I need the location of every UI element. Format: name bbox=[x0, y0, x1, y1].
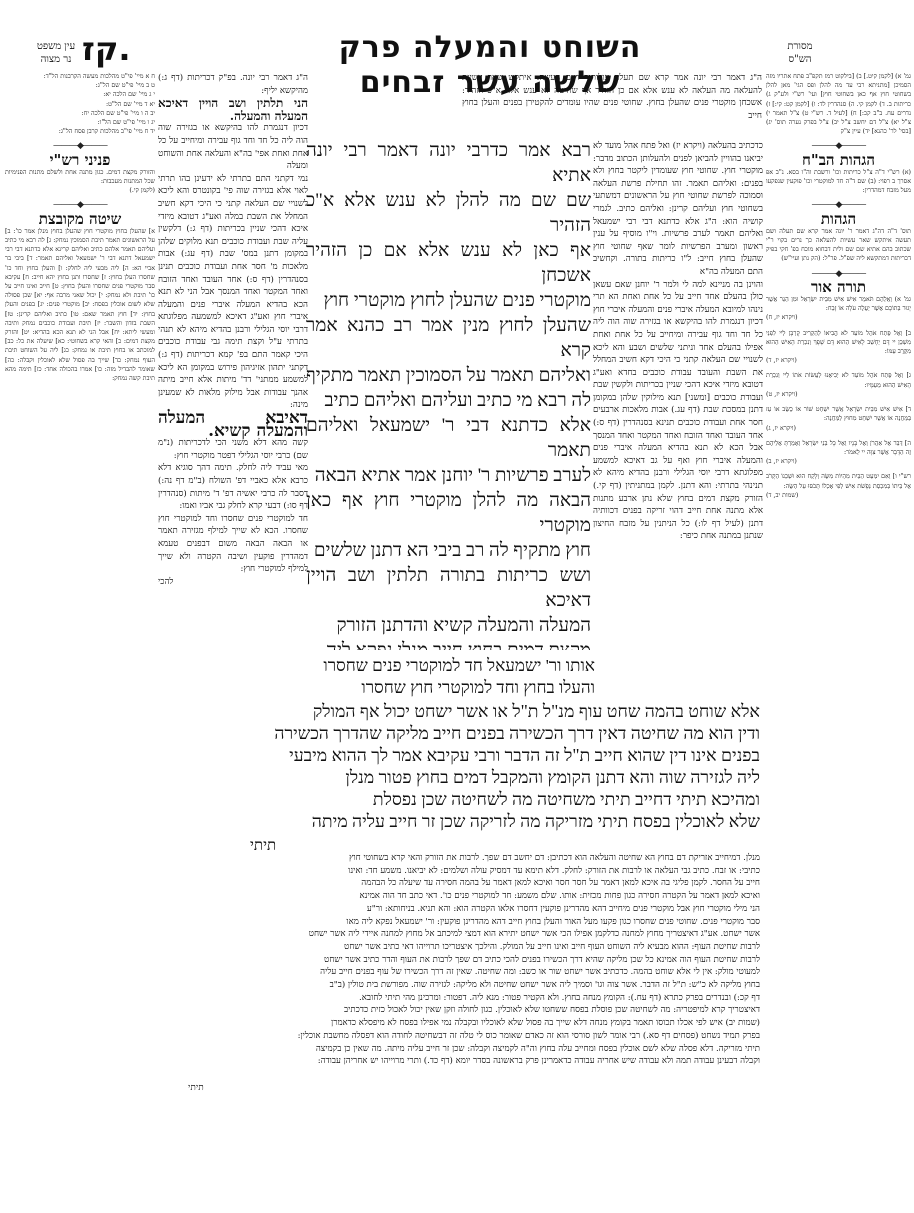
torah-or-title: תורה אור bbox=[766, 283, 911, 292]
gemara-line: הבאה מה להלן מוקטרי חוץ אף כאן מוקטרי bbox=[306, 488, 591, 538]
gemara-line: בפנים אינו דין שהוא חייב ת"ל זה הדבר ורב… bbox=[160, 744, 760, 766]
tosafot-line: חד למוקטרי פנים שחסרו וחד למוקטרי חוץ שח… bbox=[158, 513, 308, 576]
rashi-bottom-line: לרבות שחיטת העוף: ההוא מבעיא ליה השוחט ה… bbox=[160, 941, 760, 954]
right-margin: גמ' א) [לקמן קיט.] ב) [בילקוט רמז תקפ"ב … bbox=[766, 72, 911, 902]
torah-or-verse: רש"י ו] וְאִם יִמְעַט הַבַּיִת מִהְיוֹת … bbox=[766, 472, 911, 500]
gemara-line: שם שם מה להלן לא ענש אלא א"כ הזהיר bbox=[306, 188, 591, 238]
rashi-bottom-line: דף קכ:) ובנדרים בפרק כתרא (דף עח.): הקומ… bbox=[160, 992, 760, 1005]
ein-mishpat-label: עין משפט נר מצוה bbox=[26, 40, 86, 66]
hagahot-habach-text: (א) רש"י ד"ה צ"ל כריתות וכו' ורשבת וה"ו … bbox=[766, 168, 911, 196]
rashi-bottom-line: ואיכא למאן דאמר על הקטרה חסירה כגון פחות… bbox=[160, 890, 760, 903]
pninei-rashi-title: פניני רש"י bbox=[5, 156, 155, 165]
rashi-bottom-line: בחוץ מליקה לא כ"ש: ת"ל זה הדבר. אשר צוה … bbox=[160, 979, 760, 992]
gemara-line: ושש כריתות בתורה תלתין ושב הויין דאיכא bbox=[306, 563, 591, 613]
hagahot-title: הגהות bbox=[766, 215, 911, 224]
tosafot-text: ה"ג דאמר רבי יונה. בפ"ק דכריתות (דף ג:) … bbox=[158, 73, 308, 96]
torah-or-verse: גמ' א) וַאֲלֵהֶם תֹּאמַר אִישׁ אִישׁ מִב… bbox=[766, 295, 911, 323]
verse-ref: (ויקרא יז, ד) bbox=[766, 356, 911, 365]
tosafot-column: ה"ג דאמר רבי יונה. בפ"ק דכריתות (דף ג:) … bbox=[158, 72, 308, 652]
rashi-bottom-line: דאיצטריך קרא למיפטריה: מה לשחיטה שכן פוס… bbox=[160, 1004, 760, 1017]
gemara-line: לערב פרשיות ר' יוחנן אמר אתיא הבאה bbox=[306, 463, 591, 488]
masoret-hashas-label: מסורת הש"ס bbox=[770, 40, 830, 66]
tosafot-line: קשה מהא דלא משני הכי לדכריתות (נ"מ שם) כ… bbox=[158, 437, 308, 462]
rashi-intro: ה"ג דאמר רבי יונה אמר קרא שם תעלה עולותי… bbox=[462, 72, 762, 136]
gemara-line: המעלה והמעלה קשיא והדתנן הזורק bbox=[306, 613, 591, 638]
torah-or-verse: ג] וְאֶל פֶּתַח אֹהֶל מוֹעֵד לֹא יְבִיאֶ… bbox=[766, 371, 911, 399]
tosafot-line: נמי דקתני התם בתרתי לא ידעינן בהו תרתי ל… bbox=[158, 173, 308, 412]
masoret-label-line2: הש"ס bbox=[770, 53, 830, 66]
torah-or-verse: ה] דַּבֵּר אֶל אַהֲרֹן וְאֶל בָּנָיו וְא… bbox=[766, 439, 911, 467]
torah-or-verse: ב] וְאֶל פֶּתַח אֹהֶל מוֹעֵד לֹא הֱבִיאו… bbox=[766, 329, 911, 366]
rashi-bottom-line: מנלן. דמיחייב אזריקת דם בחוץ הא שחיטה וה… bbox=[160, 852, 760, 865]
ein-mishpat-entry: יב ה ו מיי' פי"ט שם הלכה יח: bbox=[5, 109, 155, 118]
gemara-line: שהעלן לחוץ מנין אמר רב כהנא אמר קרא bbox=[306, 313, 591, 363]
torah-or-verse: ד] אִישׁ אִישׁ מִבֵּית יִשְׂרָאֵל אֲשֶׁר… bbox=[766, 405, 911, 433]
rashi-bottom-line: בפרק תמיד נשחט (פסחים דף סא.) רבי אומר ל… bbox=[160, 1030, 760, 1043]
tosafot-catchword: להכי bbox=[158, 576, 308, 589]
masoret-label-line1: מסורת bbox=[770, 40, 830, 53]
verse-text: ב] וְאֶל פֶּתַח אֹהֶל מוֹעֵד לֹא הֱבִיאו… bbox=[766, 329, 911, 357]
verse-text: גמ' א) וַאֲלֵהֶם תֹּאמַר אִישׁ אִישׁ מִב… bbox=[766, 295, 911, 313]
ein-mishpat-entry: ח א מיי' פי"ט מהלכות מעשה הקרבנות הל"ד: bbox=[5, 72, 155, 81]
hagahot-text: תוס' ד"ה דה"ג דאמר ר' יונה אמר קרא שם תע… bbox=[766, 227, 911, 264]
gemara-line: חוץ מתקיף לה רב ביבי הא דתנן שלשים bbox=[306, 538, 591, 563]
verse-ref: (ויקרא יז, ג) bbox=[766, 424, 911, 433]
gemara-line: לה רבא מי כתיב ועליהם ואליהם כתיב bbox=[306, 388, 591, 413]
gemara-line: מקצת דמים בחוץ חייב מנלן נפקא ליה bbox=[306, 638, 591, 650]
tosafot-line: מאי עביד ליה לחלק. תימה דהך סוגיא דלא כר… bbox=[158, 462, 308, 512]
ein-mishpat-list: ח א מיי' פי"ט מהלכות מעשה הקרבנות הל"ד: … bbox=[5, 72, 155, 136]
gemara-line: שלא לאוכלין בפסח תיתי מזריקה מה לזריקה ש… bbox=[160, 810, 760, 832]
tosafot-line: ה"ג דאמר רבי יונה. בפ"ק דכריתות (דף ג:) … bbox=[158, 72, 308, 97]
shita-mekubetzet-text: א] שהעלן בחוץ מוקטרי חוץ שהעלן בחוץ מנלן… bbox=[5, 227, 155, 383]
rashi-catchword: תיתי bbox=[188, 1082, 204, 1093]
verse-ref: (שמות יב, ד) bbox=[766, 491, 911, 500]
rashi-bottom-line: הני מילי מוקטרי חוץ אבל מוקטרי פנים מיחי… bbox=[160, 903, 760, 916]
gemara-line: והעלו בחוץ וחד למוקטרי חוץ שחסרו bbox=[160, 677, 595, 699]
rashi-text: והוינן בה מניינא למה לי ולמר ר' יוחנן שא… bbox=[593, 279, 763, 543]
gemara-main-block: רבא אמר כדרבי יונה דאמר רבי יונה אתיא שם… bbox=[306, 138, 591, 650]
gemara-line: אלא כדתנא דבי ר' ישמעאל ואליהם תאמר bbox=[306, 413, 591, 463]
rashi-bottom-line: תיתי מזריקה. דלא פסלה שלא לשם אוכלין בפס… bbox=[160, 1043, 760, 1056]
rashi-bottom-line: לרבות שחיטת העוף הוה אמינא כל שכן מליקה … bbox=[160, 954, 760, 967]
pninei-rashi-text: והזורק מקצת דמים. כגון מתנה אחת ולשלם מת… bbox=[5, 168, 155, 186]
verse-ref: (ויקרא יז, ח) bbox=[766, 313, 911, 322]
pninei-rashi-ref: (לקמן קי.) bbox=[5, 186, 155, 195]
gemara-line: רבא אמר כדרבי יונה דאמר רבי יונה אתיא bbox=[306, 138, 591, 188]
left-margin: ח א מיי' פי"ט מהלכות מעשה הקרבנות הל"ד: … bbox=[5, 72, 155, 692]
rashi-bottom-line: (שמות יב) איש לפי אכלו תכוסו תאמר בקומץ … bbox=[160, 1017, 760, 1030]
gemara-line: אף כאן לא ענש אלא אם כן הזהיר אשכחן bbox=[306, 238, 591, 288]
verse-ref: (ויקרא יז, ט) bbox=[766, 390, 911, 399]
gemara-line: ואליהם תאמר על הסמוכין תאמר מתקיף bbox=[306, 363, 591, 388]
ein-mishpat-entry: י ג מיי' שם הלכה יא: bbox=[5, 90, 155, 99]
ein-mishpat-entry: יד ח מיי' פי"ב מהלכות קרבן פסח הל"ג: bbox=[5, 127, 155, 136]
shita-mekubetzet-title: שיטה מקובצת bbox=[5, 215, 155, 224]
verse-text: ד] אִישׁ אִישׁ מִבֵּית יִשְׂרָאֵל אֲשֶׁר… bbox=[766, 405, 911, 423]
rashi-bottom-line: וקבלה דבעינן עבודה תמה ולא עבודה שיש אחר… bbox=[160, 1055, 760, 1068]
gemara-line: אותו ור' ישמעאל חד למוקטרי פנים שחסרו bbox=[160, 655, 595, 677]
rashi-text: כדכתיב בהעלאה (ויקרא יז) ואל פתח אהל מוע… bbox=[593, 140, 763, 279]
verse-ref: (ויקרא יז, ב) bbox=[766, 457, 911, 466]
tosafot-dibbur-hamatchil: דאיבא המעלה והמעלה קשיא. bbox=[158, 412, 308, 437]
rashi-bottom-block: מנלן. דמיחייב אזריקת דם בחוץ הא שחיטה וה… bbox=[160, 852, 760, 1082]
ein-mishpat-entry: ט ב מיי' פי"ט שם הל"ג: bbox=[5, 81, 155, 90]
rashi-column: כדכתיב בהעלאה (ויקרא יז) ואל פתח אהל מוע… bbox=[593, 140, 763, 652]
ein-mishpat-entry: יג ו מיי' פי"ט שם הל"ו: bbox=[5, 118, 155, 127]
hagahot-habach-title: הגהות הב"ח bbox=[766, 156, 911, 165]
gemara-line: ליה לגזירה שוה והא דתנן הקומץ והמקבל דמי… bbox=[160, 766, 760, 788]
rashi-bottom-line: חייב על החסר. לקמן פליגי בה איכא למאן דא… bbox=[160, 877, 760, 890]
rashi-bottom-line: אשר ישחט. אע"ג דאיצטריך מחוץ למחנה כדלקמ… bbox=[160, 928, 760, 941]
ein-mishpat-label-line2: נר מצוה bbox=[26, 53, 86, 66]
ein-mishpat-label-line1: עין משפט bbox=[26, 40, 86, 53]
verse-text: ג] וְאֶל פֶּתַח אֹהֶל מוֹעֵד לֹא יְבִיאֶ… bbox=[766, 371, 911, 389]
verse-text: רש"י ו] וְאִם יִמְעַט הַבַּיִת מִהְיוֹת … bbox=[766, 472, 911, 490]
rashi-bottom-line: סבר מוקטרי פנים. שחוטי פנים שחסרו כגון פ… bbox=[160, 916, 760, 929]
gemara-line: ומהיכא תיתי דחייב תיתי משחיטה מה לשחיטה … bbox=[160, 788, 760, 810]
rashi-bottom-line: כתיבי: או זבח. כתיב גבי העלאה או לרבות א… bbox=[160, 865, 760, 878]
tosafot-line: דכיון דנגמרת להו בהיקשא או בגזירה שוה הו… bbox=[158, 122, 308, 172]
ein-mishpat-entry: יא ד מיי' שם הל"ט: bbox=[5, 100, 155, 109]
gemara-line: ודין הוא מה שחיטה דאין דרך הכשירה בפנים … bbox=[160, 722, 760, 744]
gemara-wide-block: אלא שוחט בהמה שחט עוף מנ"ל ת"ל או אשר יש… bbox=[160, 700, 760, 840]
masoret-hashas-text: גמ' א) [לקמן קיט.] ב) [בילקוט רמז תקפ"ב … bbox=[766, 72, 911, 136]
daf-number: קז. bbox=[82, 30, 122, 68]
rashi-bottom-line: למעוטי מולק: אין לי אלא שוחט בהמה. כדכתי… bbox=[160, 966, 760, 979]
verse-text: ה] דַּבֵּר אֶל אַהֲרֹן וְאֶל בָּנָיו וְא… bbox=[766, 439, 911, 457]
tosafot-dibbur-hamatchil: הני תלתין ושב הויין דאיכא המעלה והמעלה. bbox=[158, 97, 308, 122]
gemara-line: מוקטרי פנים שהעלן לחוץ מוקטרי חוץ bbox=[306, 288, 591, 313]
gemara-line: אלא שוחט בהמה שחט עוף מנ"ל ת"ל או אשר יש… bbox=[160, 700, 760, 722]
